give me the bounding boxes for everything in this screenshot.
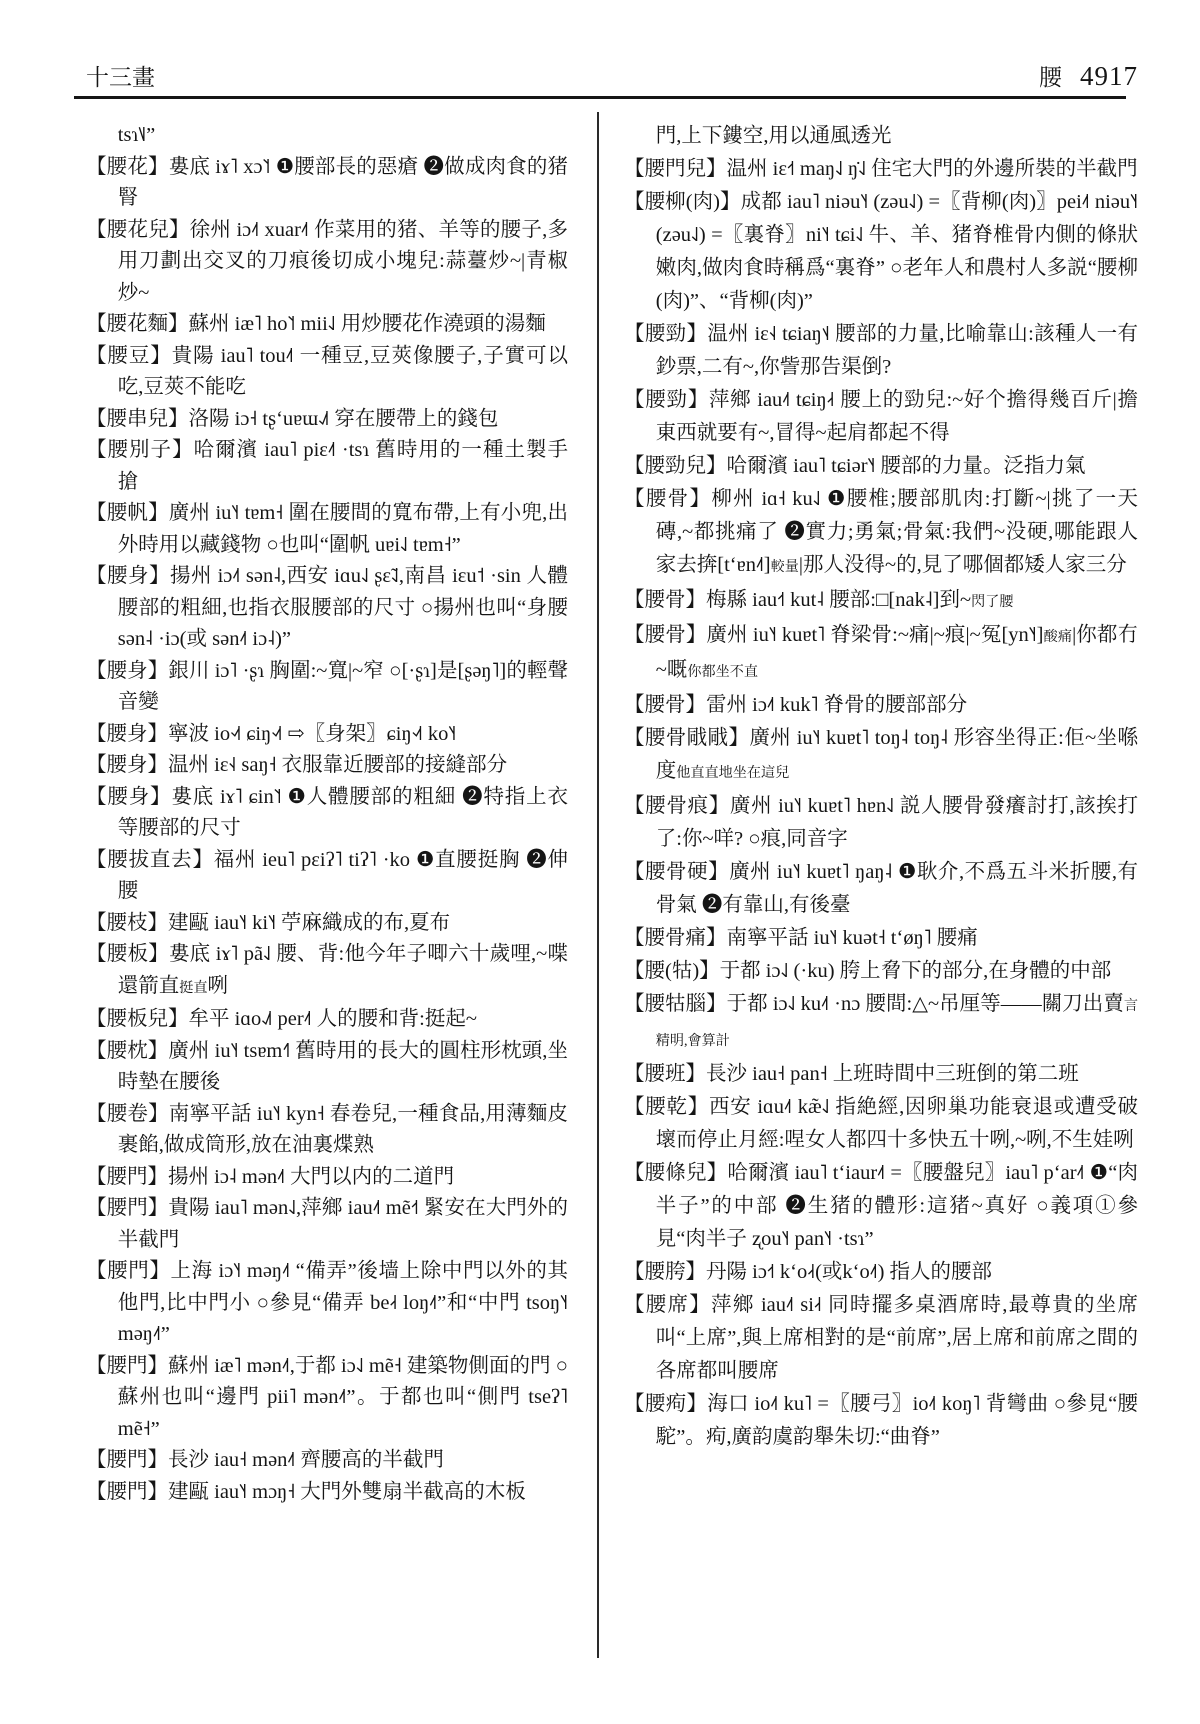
dict-entry: 【腰牯腦】于都 iɔ˨˩ ku˨˦ ·nɔ 腰間:△~吊厘等——關刀出賣言精明,…	[624, 988, 1138, 1058]
head-character: 腰	[1039, 59, 1062, 92]
dict-entry: 【腰條兒】哈爾濱 iau˥ tʻiaur˨˦ =〖腰盤兒〗iau˥ pʻar˨˦…	[624, 1157, 1138, 1256]
entry-text: 【腰牯腦】于都 iɔ˨˩ ku˨˦ ·nɔ 腰間:△~吊厘等——關刀出賣	[624, 993, 1124, 1015]
entry-text: 【腰門】蘇州 iæ˥ mən˨˦,于都 iɔ˨˩ mẽ˧ 建築物側面的門 ○蘇州…	[86, 1355, 568, 1440]
small-gloss: 酸痛	[1043, 629, 1072, 645]
header-rule	[74, 96, 1126, 99]
dict-entry: 【腰門】長沙 iau˧ mən˨˦ 齊腰高的半截門	[86, 1445, 568, 1477]
entry-text: 【腰身】温州 iɛ˧˨ saŋ˧ 衣服靠近腰部的接縫部分	[86, 754, 507, 776]
entry-text: 【腰柳(肉)】成都 iau˥ niəu˥˧ (zəu˨˩) =〖背柳(肉)〗pe…	[624, 191, 1138, 312]
entry-text: 【腰門】長沙 iau˧ mən˨˦ 齊腰高的半截門	[86, 1449, 444, 1471]
entry-text: 【腰豆】貴陽 iau˥ tou˨˦ 一種豆,豆莢像腰子,子實可以吃,豆莢不能吃	[86, 345, 568, 399]
entry-text: 【腰班】長沙 iau˧ pan˧ 上班時間中三班倒的第二班	[624, 1063, 1079, 1085]
dict-entry: 【腰花】婁底 iɤ˥ xɔ˥˦ ❶腰部長的惡瘡 ❷做成肉食的猪腎	[86, 152, 568, 215]
entry-text: 【腰乾】西安 iɑu˨˦ kæ̃˨˩ 指絶經,因卵巢功能衰退或遭受破壞而停止月經…	[624, 1096, 1138, 1151]
dict-entry: 【腰門】蘇州 iæ˥ mən˨˦,于都 iɔ˨˩ mẽ˧ 建築物側面的門 ○蘇州…	[86, 1351, 568, 1446]
page-number: 4917	[1080, 61, 1138, 92]
entry-text: 【腰板兒】牟平 iɑo˨˩˦ per˨˦ 人的腰和背:挺起~	[86, 1008, 477, 1030]
entry-text: 【腰勁兒】哈爾濱 iau˥ tɕiər˥˧ 腰部的力量。泛指力氣	[624, 455, 1086, 477]
entry-text: 【腰骨】梅縣 iau˧˦ kut˨ 腰部:□[nak˨]到~	[624, 589, 971, 611]
entry-text: 【腰花】婁底 iɤ˥ xɔ˥˦ ❶腰部長的惡瘡 ❷做成肉食的猪腎	[86, 156, 568, 210]
entry-text: 【腰花麵】蘇州 iæ˥ ho˥˦ mii˨˩ 用炒腰花作澆頭的湯麵	[86, 313, 546, 335]
entry-text: 【腰勁】萍鄉 iau˨˦ tɕiŋ˨˧ 腰上的勁兒:~好个擔得幾百斤|擔東西就要…	[624, 389, 1138, 444]
dict-entry: 【腰骨痛】南寧平話 iu˥˧ kuət˧ tʻøŋ˥ 腰痛	[624, 922, 1138, 955]
entry-text: 【腰條兒】哈爾濱 iau˥ tʻiaur˨˦ =〖腰盤兒〗iau˥ pʻar˨˦…	[624, 1162, 1138, 1250]
dict-entry-continuation: 門,上下鏤空,用以通風透光	[624, 120, 1138, 153]
entry-text: 【腰(牯)】于都 iɔ˨˩ (·ku) 胯上脅下的部分,在身體的中部	[624, 960, 1111, 982]
small-gloss: 挺直	[179, 980, 207, 996]
dict-entry: 【腰卷】南寧平話 iu˥˧ kyn˧ 春卷兒,一種食品,用薄麵皮裹餡,做成筒形,…	[86, 1099, 568, 1162]
column-right: 門,上下鏤空,用以通風透光【腰門兒】温州 iɛ˧˦ maŋ˨˩ ŋ̇˨˩ 住宅大…	[624, 120, 1138, 1454]
entry-text: 【腰身】揚州 iɔ˨˦ sən˨,西安 iɑu˨˩ ʂɛ̃˨˩,南昌 iɛu˦ …	[86, 565, 568, 650]
entry-text: 【腰骨】雷州 iɔ˨˦ kuk˥ 脊骨的腰部部分	[624, 694, 967, 716]
entry-text: tsɿ˥˩”	[118, 124, 155, 146]
entry-text: 【腰枕】廣州 iu˥˧ tsɐm˧˥ 舊時用的長大的圓柱形枕頭,坐時墊在腰後	[86, 1040, 568, 1094]
dict-entry: 【腰門】上海 iɔ˥˧ məŋ˨˦ “備弄”後墙上除中門以外的其他門,比中門小 …	[86, 1256, 568, 1351]
dict-entry: 【腰枕】廣州 iu˥˧ tsɐm˧˥ 舊時用的長大的圓柱形枕頭,坐時墊在腰後	[86, 1036, 568, 1099]
entry-text: 【腰骨痛】南寧平話 iu˥˧ kuət˧ tʻøŋ˥ 腰痛	[624, 927, 978, 949]
dict-entry: 【腰花兒】徐州 iɔ˨˦ xuar˨˦ 作菜用的猪、羊等的腰子,多用刀劃出交叉的…	[86, 215, 568, 310]
dict-entry: 【腰門】揚州 iɔ˨ mən˨˦ 大門以内的二道門	[86, 1162, 568, 1194]
dict-entry: 【腰(牯)】于都 iɔ˨˩ (·ku) 胯上脅下的部分,在身體的中部	[624, 955, 1138, 988]
column-divider	[597, 112, 599, 1658]
dict-entry: 【腰乾】西安 iɑu˨˦ kæ̃˨˩ 指絶經,因卵巢功能衰退或遭受破壞而停止月經…	[624, 1091, 1138, 1157]
dict-entry: 【腰勁】萍鄉 iau˨˦ tɕiŋ˨˧ 腰上的勁兒:~好个擔得幾百斤|擔東西就要…	[624, 384, 1138, 450]
entry-text: 【腰別子】哈爾濱 iau˥ piɛ˨˦ ·tsɿ 舊時用的一種土製手搶	[86, 439, 568, 493]
dict-entry: 【腰花麵】蘇州 iæ˥ ho˥˦ mii˨˩ 用炒腰花作澆頭的湯麵	[86, 309, 568, 341]
entry-text: 咧	[208, 975, 229, 997]
entry-text: 【腰板】婁底 iɤ˥ pã˨˩ 腰、背:他今年子唧六十歲哩,~喋還箭直	[86, 943, 568, 997]
dict-entry: 【腰身】婁底 iɤ˥ ɕin˥˦ ❶人體腰部的粗細 ❷特指上衣等腰部的尺寸	[86, 782, 568, 845]
dict-entry: 【腰門兒】温州 iɛ˧˦ maŋ˨˩ ŋ̇˨˩ 住宅大門的外邊所裝的半截門	[624, 153, 1138, 186]
entry-text: 【腰帆】廣州 iu˥˧ tɐm˧ 圍在腰間的寬布帶,上有小兜,出外時用以藏錢物 …	[86, 502, 568, 556]
dict-entry: 【腰串兒】洛陽 iɔ˧ tʂʻuɐɯ˨˩˦ 穿在腰帶上的錢包	[86, 404, 568, 436]
running-head-right: 腰 4917	[1039, 59, 1138, 92]
dict-entry: 【腰勁】温州 iɛ˧˨ tɕiaŋ˦˨ 腰部的力量,比喻靠山:該種人一有鈔票,二…	[624, 318, 1138, 384]
entry-text: 【腰門兒】温州 iɛ˧˦ maŋ˨˩ ŋ̇˨˩ 住宅大門的外邊所裝的半截門	[624, 158, 1138, 180]
entry-text: 【腰門】貴陽 iau˥ mən˨˩,萍鄉 iau˨˦ mẽ˧˦ 緊安在大門外的半…	[86, 1197, 568, 1251]
dict-entry: 【腰席】萍鄉 iau˨˦ si˨˧ 同時擺多桌酒席時,最尊貴的坐席叫“上席”,與…	[624, 1289, 1138, 1388]
small-gloss: 他直直地坐在這兒	[676, 765, 789, 781]
entry-text: 【腰身】銀川 iɔ˥ ·ʂɿ 胸圍:~寬|~窄 ○[·ʂɿ]是[ʂəŋ˥]的輕聲…	[86, 660, 568, 714]
dict-entry: 【腰骨硬】廣州 iu˥˧ kuɐt˥ ŋaŋ˨ ❶耿介,不爲五斗米折腰,有骨氣 …	[624, 856, 1138, 922]
entry-text: 【腰門】建甌 iau˥˧ mɔŋ˧ 大門外雙扇半截高的木板	[86, 1481, 526, 1503]
dict-entry: 【腰骨】雷州 iɔ˨˦ kuk˥ 脊骨的腰部部分	[624, 689, 1138, 722]
dict-entry: 【腰身】揚州 iɔ˨˦ sən˨,西安 iɑu˨˩ ʂɛ̃˨˩,南昌 iɛu˦ …	[86, 561, 568, 656]
entry-text: 【腰拔直去】福州 ieu˥ pɛiʔ˥ tiʔ˥ ·ko ❶直腰挺胸 ❷伸腰	[86, 849, 568, 903]
entry-text: 【腰門】上海 iɔ˥˧ məŋ˨˦ “備弄”後墙上除中門以外的其他門,比中門小 …	[86, 1260, 568, 1345]
column-left: tsɿ˥˩”【腰花】婁底 iɤ˥ xɔ˥˦ ❶腰部長的惡瘡 ❷做成肉食的猪腎【腰…	[86, 120, 568, 1508]
dict-entry: 【腰柳(肉)】成都 iau˥ niəu˥˧ (zəu˨˩) =〖背柳(肉)〗pe…	[624, 186, 1138, 318]
running-head: 十三畫 腰 4917	[86, 52, 1138, 92]
dict-entry: 【腰板】婁底 iɤ˥ pã˨˩ 腰、背:他今年子唧六十歲哩,~喋還箭直挺直咧	[86, 939, 568, 1004]
dict-entry: 【腰身】温州 iɛ˧˨ saŋ˧ 衣服靠近腰部的接縫部分	[86, 750, 568, 782]
small-gloss: 你都坐不直	[687, 664, 758, 680]
dict-entry: 【腰骨戙戙】廣州 iu˥˧ kuɐt˥ toŋ˨ toŋ˨ 形容坐得正:佢~坐喺…	[624, 722, 1138, 790]
dict-entry: 【腰豆】貴陽 iau˥ tou˨˦ 一種豆,豆莢像腰子,子實可以吃,豆莢不能吃	[86, 341, 568, 404]
dictionary-page: 十三畫 腰 4917 tsɿ˥˩”【腰花】婁底 iɤ˥ xɔ˥˦ ❶腰部長的惡瘡…	[0, 0, 1200, 1724]
entry-text: |那人没得~的,見了哪個都矮人家三分	[799, 554, 1127, 576]
dict-entry: 【腰骨】梅縣 iau˧˦ kut˨ 腰部:□[nak˨]到~閃了腰	[624, 584, 1138, 619]
entry-text: 【腰串兒】洛陽 iɔ˧ tʂʻuɐɯ˨˩˦ 穿在腰帶上的錢包	[86, 408, 498, 430]
dict-entry: 【腰胯】丹陽 iɔ˧˦ kʻo˨˧(或kʻo˨˦) 指人的腰部	[624, 1256, 1138, 1289]
section-label: 十三畫	[86, 59, 155, 92]
dict-entry: 【腰骨】柳州 iɑ˧ ku˨˩ ❶腰椎;腰部肌肉:打斷~|挑了一天磚,~都挑痛了…	[624, 483, 1138, 584]
entry-text: 【腰骨硬】廣州 iu˥˧ kuɐt˥ ŋaŋ˨ ❶耿介,不爲五斗米折腰,有骨氣 …	[624, 861, 1138, 916]
small-gloss: 較量	[771, 559, 799, 575]
entry-text: 【腰卷】南寧平話 iu˥˧ kyn˧ 春卷兒,一種食品,用薄麵皮裹餡,做成筒形,…	[86, 1103, 568, 1157]
dict-entry: 【腰枝】建甌 iau˥˧ ki˥˧ 苧麻織成的布,夏布	[86, 908, 568, 940]
entry-text: 【腰痀】海口 io˨˦ ku˥ =〖腰弓〗io˨˦ koŋ˥ 背彎曲 ○參見“腰…	[624, 1393, 1138, 1448]
entry-text: 【腰席】萍鄉 iau˨˦ si˨˧ 同時擺多桌酒席時,最尊貴的坐席叫“上席”,與…	[624, 1294, 1138, 1382]
dict-entry: 【腰身】銀川 iɔ˥ ·ʂɿ 胸圍:~寬|~窄 ○[·ʂɿ]是[ʂəŋ˥]的輕聲…	[86, 656, 568, 719]
entry-text: 【腰枝】建甌 iau˥˧ ki˥˧ 苧麻織成的布,夏布	[86, 912, 450, 934]
dict-entry: 【腰別子】哈爾濱 iau˥ piɛ˨˦ ·tsɿ 舊時用的一種土製手搶	[86, 435, 568, 498]
dict-entry: 【腰班】長沙 iau˧ pan˧ 上班時間中三班倒的第二班	[624, 1058, 1138, 1091]
entry-text: 【腰骨痕】廣州 iu˥˧ kuɐt˥ hɐn˨˩ 説人腰骨發癢討打,該挨打了:你…	[624, 795, 1138, 850]
entry-text: 【腰骨】廣州 iu˥˧ kuɐt˥ 脊梁骨:~痛|~痕|~冤[yn˥˧]	[624, 624, 1043, 646]
dict-entry: 【腰勁兒】哈爾濱 iau˥ tɕiər˥˧ 腰部的力量。泛指力氣	[624, 450, 1138, 483]
entry-text: 門,上下鏤空,用以通風透光	[656, 125, 892, 147]
dict-entry: 【腰板兒】牟平 iɑo˨˩˦ per˨˦ 人的腰和背:挺起~	[86, 1004, 568, 1036]
entry-text: 【腰胯】丹陽 iɔ˧˦ kʻo˨˧(或kʻo˨˦) 指人的腰部	[624, 1261, 992, 1283]
dict-entry: 【腰痀】海口 io˨˦ ku˥ =〖腰弓〗io˨˦ koŋ˥ 背彎曲 ○參見“腰…	[624, 1388, 1138, 1454]
dict-entry: 【腰帆】廣州 iu˥˧ tɐm˧ 圍在腰間的寬布帶,上有小兜,出外時用以藏錢物 …	[86, 498, 568, 561]
entry-text: 【腰身】寧波 io˧˨˦ ɕiŋ˧˨˦ ⇨〖身架〗ɕiŋ˧˨˦ ko˥˧	[86, 723, 456, 745]
dict-entry-continuation: tsɿ˥˩”	[86, 120, 568, 152]
entry-text: 【腰門】揚州 iɔ˨ mən˨˦ 大門以内的二道門	[86, 1166, 454, 1188]
entry-text: 【腰花兒】徐州 iɔ˨˦ xuar˨˦ 作菜用的猪、羊等的腰子,多用刀劃出交叉的…	[86, 219, 568, 304]
dict-entry: 【腰門】貴陽 iau˥ mən˨˩,萍鄉 iau˨˦ mẽ˧˦ 緊安在大門外的半…	[86, 1193, 568, 1256]
dict-entry: 【腰拔直去】福州 ieu˥ pɛiʔ˥ tiʔ˥ ·ko ❶直腰挺胸 ❷伸腰	[86, 845, 568, 908]
dict-entry: 【腰骨痕】廣州 iu˥˧ kuɐt˥ hɐn˨˩ 説人腰骨發癢討打,該挨打了:你…	[624, 790, 1138, 856]
dict-entry: 【腰身】寧波 io˧˨˦ ɕiŋ˧˨˦ ⇨〖身架〗ɕiŋ˧˨˦ ko˥˧	[86, 719, 568, 751]
small-gloss: 閃了腰	[971, 594, 1013, 610]
entry-text: 【腰身】婁底 iɤ˥ ɕin˥˦ ❶人體腰部的粗細 ❷特指上衣等腰部的尺寸	[86, 786, 568, 840]
entry-text: 【腰勁】温州 iɛ˧˨ tɕiaŋ˦˨ 腰部的力量,比喻靠山:該種人一有鈔票,二…	[624, 323, 1138, 378]
dict-entry: 【腰門】建甌 iau˥˧ mɔŋ˧ 大門外雙扇半截高的木板	[86, 1477, 568, 1509]
dict-entry: 【腰骨】廣州 iu˥˧ kuɐt˥ 脊梁骨:~痛|~痕|~冤[yn˥˧]酸痛|你…	[624, 619, 1138, 689]
